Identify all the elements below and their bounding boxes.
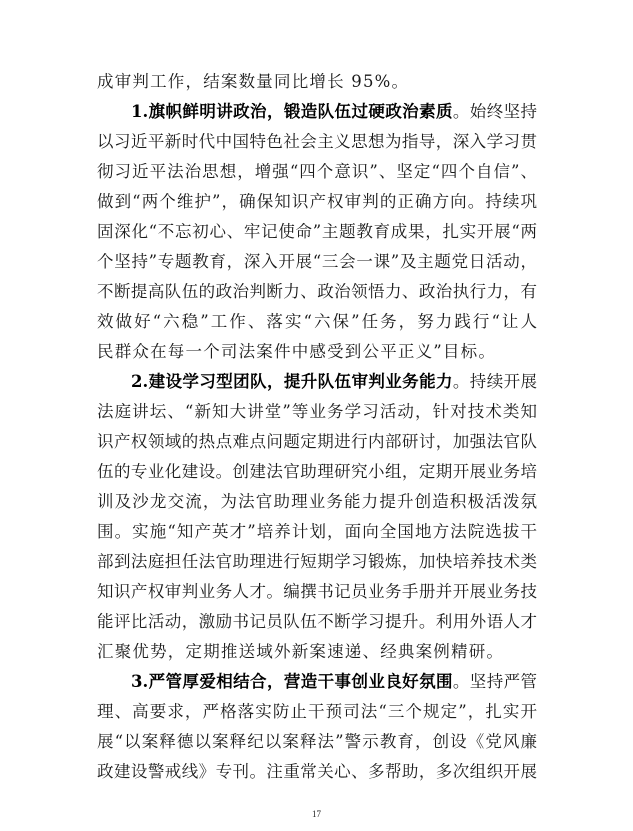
text-line: 民群众在每一个司法案件中感受到公平正义”目标。	[97, 337, 537, 367]
text-line: 伍的专业化建设。创建法官助理研究小组，定期开展业务培	[97, 457, 537, 487]
section-heading-1: 1.旗帜鲜明讲政治，锻造队伍过硬政治素质	[131, 102, 453, 121]
text-line: 展“以案释德以案释纪以案释法”警示教育，创设《党风廉	[97, 727, 537, 757]
text-line: 做到“两个维护”，确保知识产权审判的正确方向。持续巩	[97, 187, 537, 217]
text-line: 知识产权审判业务人才。编撰书记员业务手册并开展业务技	[97, 577, 537, 607]
text-line: 成审判工作，结案数量同比增长 95%。	[97, 67, 537, 97]
text-line: 以习近平新时代中国特色社会主义思想为指导，深入学习贯	[97, 127, 537, 157]
text-line: 2.建设学习型团队，提升队伍审判业务能力。持续开展	[97, 367, 537, 397]
text-run: 。持续开展	[453, 372, 537, 391]
text-line: 部到法庭担任法官助理进行短期学习锻炼，加快培养技术类	[97, 547, 537, 577]
text-line: 识产权领域的热点难点问题定期进行内部研讨，加强法官队	[97, 427, 537, 457]
text-line: 能评比活动，激励书记员队伍不断学习提升。利用外语人才	[97, 607, 537, 637]
text-line: 政建设警戒线》专刊。注重常关心、多帮助，多次组织开展	[97, 757, 537, 787]
text-line: 1.旗帜鲜明讲政治，锻造队伍过硬政治素质。始终坚持	[97, 97, 537, 127]
text-line: 彻习近平法治思想，增强“四个意识”、坚定“四个自信”、	[97, 157, 537, 187]
text-line: 固深化“不忘初心、牢记使命”主题教育成果，扎实开展“两	[97, 217, 537, 247]
text-line: 3.严管厚爱相结合，营造干事创业良好氛围。坚持严管	[97, 667, 537, 697]
text-line: 不断提高队伍的政治判断力、政治领悟力、政治执行力，有	[97, 277, 537, 307]
text-run: 。坚持严管	[453, 672, 537, 691]
section-heading-2: 2.建设学习型团队，提升队伍审判业务能力	[131, 372, 453, 391]
text-run: 。始终坚持	[453, 102, 537, 121]
page-number: 17	[0, 809, 633, 819]
text-line: 效做好“六稳”工作、落实“六保”任务，努力践行“让人	[97, 307, 537, 337]
text-line: 法庭讲坛、“新知大讲堂”等业务学习活动，针对技术类知	[97, 397, 537, 427]
paragraph-strict-management: 3.严管厚爱相结合，营造干事创业良好氛围。坚持严管 理、高要求，严格落实防止干预…	[97, 667, 537, 787]
text-line: 汇聚优势，定期推送域外新案速递、经典案例精研。	[97, 637, 537, 667]
paragraph-learning-team: 2.建设学习型团队，提升队伍审判业务能力。持续开展 法庭讲坛、“新知大讲堂”等业…	[97, 367, 537, 667]
document-page: 成审判工作，结案数量同比增长 95%。 1.旗帜鲜明讲政治，锻造队伍过硬政治素质…	[0, 0, 633, 831]
text-line: 理、高要求，严格落实防止干预司法“三个规定”，扎实开	[97, 697, 537, 727]
document-body: 成审判工作，结案数量同比增长 95%。 1.旗帜鲜明讲政治，锻造队伍过硬政治素质…	[97, 67, 537, 787]
paragraph-continuation: 成审判工作，结案数量同比增长 95%。	[97, 67, 537, 97]
paragraph-political-quality: 1.旗帜鲜明讲政治，锻造队伍过硬政治素质。始终坚持 以习近平新时代中国特色社会主…	[97, 97, 537, 367]
section-heading-3: 3.严管厚爱相结合，营造干事创业良好氛围	[131, 672, 453, 691]
text-line: 训及沙龙交流，为法官助理业务能力提升创造积极活泼氛	[97, 487, 537, 517]
text-line: 个坚持”专题教育，深入开展“三会一课”及主题党日活动，	[97, 247, 537, 277]
text-line: 围。实施“知产英才”培养计划，面向全国地方法院选拔干	[97, 517, 537, 547]
